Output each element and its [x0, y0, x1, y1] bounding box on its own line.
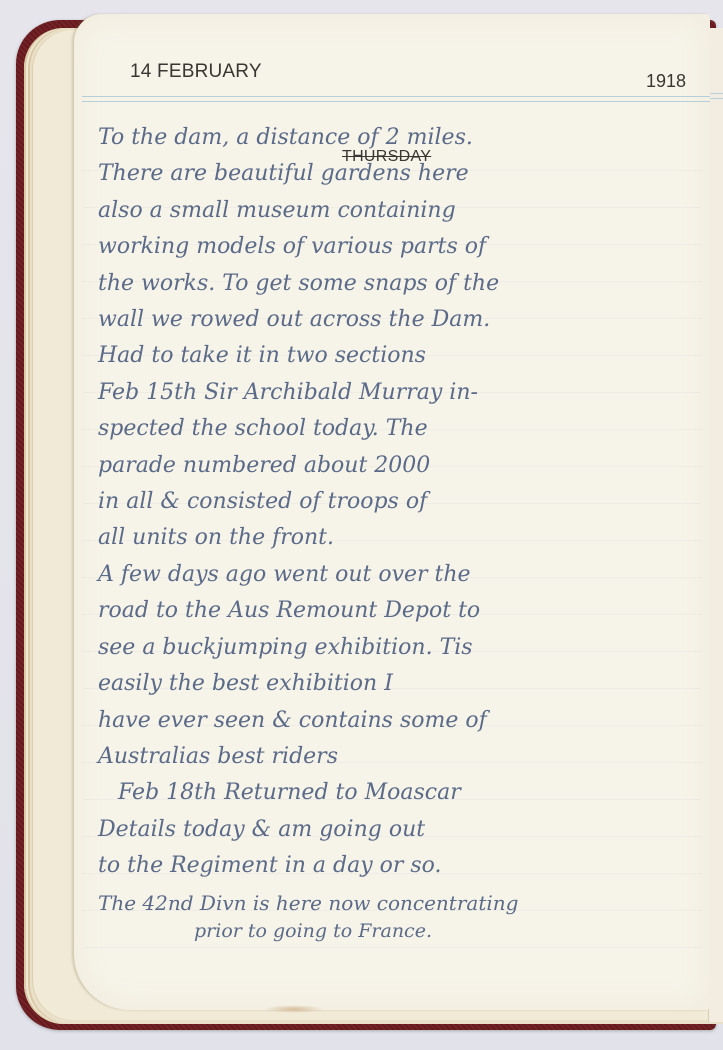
entry-line: have ever seen & contains some of	[98, 703, 698, 739]
diary-page: 14 FEBRUARY 1918 THURSDAY To the dam, a …	[74, 14, 710, 1010]
entry-line: Feb 15th Sir Archibald Murray in-	[98, 375, 698, 411]
entry-line: to the Regiment in a day or so.	[98, 848, 698, 884]
entry-line: in all & consisted of troops of	[98, 484, 698, 520]
entry-line: the works. To get some snaps of the	[98, 266, 698, 302]
entry-line: spected the school today. The	[98, 411, 698, 447]
entry-line: road to the Aus Remount Depot to	[98, 593, 698, 629]
next-page-rule	[708, 93, 723, 99]
page-year: 1918	[646, 71, 686, 92]
entry-line: prior to going to France.	[98, 921, 698, 941]
page-date: 14 FEBRUARY	[130, 61, 262, 83]
page-stain	[264, 1005, 324, 1013]
entry-line: Had to take it in two sections	[98, 338, 698, 374]
entry-line: Details today & am going out	[98, 812, 698, 848]
entry-line: To the dam, a distance of 2 miles.	[98, 120, 698, 156]
entry-line: all units on the front.	[98, 520, 698, 556]
entry-line: working models of various parts of	[98, 229, 698, 265]
entry-line: There are beautiful gardens here	[98, 156, 698, 192]
entry-line: A few days ago went out over the	[98, 557, 698, 593]
entry-line: wall we rowed out across the Dam.	[98, 302, 698, 338]
entry-line: easily the best exhibition I	[98, 666, 698, 702]
header-rule	[82, 96, 710, 102]
entry-line: parade numbered about 2000	[98, 448, 698, 484]
next-page-edge	[708, 28, 723, 1022]
entry-line: Australias best riders	[98, 739, 698, 775]
entry-line: Feb 18th Returned to Moascar	[98, 775, 698, 811]
entry-line: also a small museum containing	[98, 193, 698, 229]
handwritten-entry: To the dam, a distance of 2 miles. There…	[98, 120, 698, 941]
entry-line: The 42nd Divn is here now concentrating	[98, 885, 698, 921]
entry-line: see a buckjumping exhibition. Tis	[98, 630, 698, 666]
